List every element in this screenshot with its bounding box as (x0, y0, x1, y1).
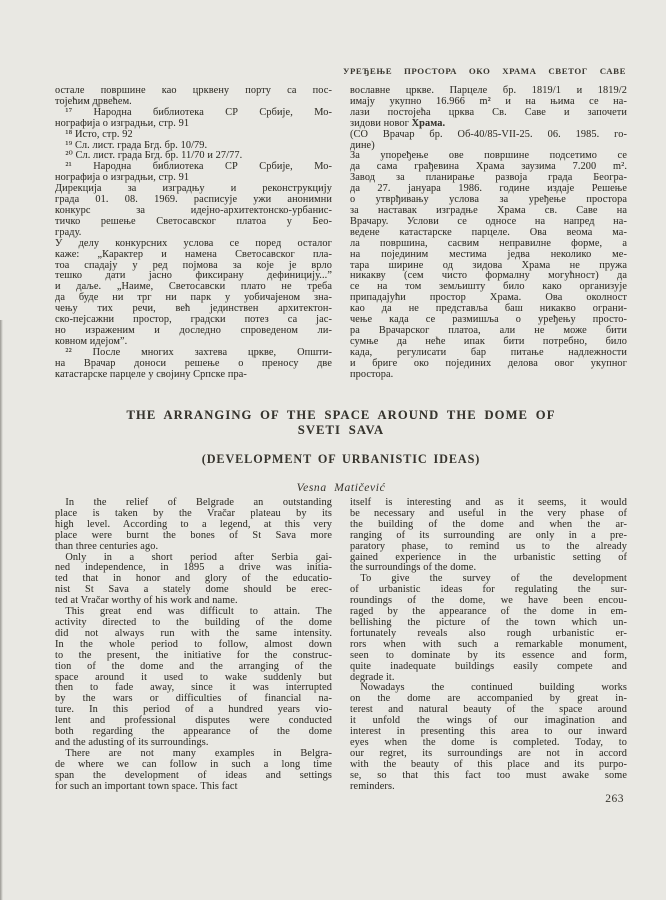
text-line: тичко решење Светосавског платоа у Бео- (55, 217, 332, 228)
text-line: У делу конкурсних услова се поред остало… (55, 239, 332, 250)
english-left-column: In the relief of Belgrade an outstanding… (55, 498, 332, 792)
text-line: paratory phase, to remind us to the alre… (350, 542, 627, 553)
article-author: Vesna Matičević (55, 481, 627, 494)
text-line: зидови новог Храма. (350, 119, 627, 130)
article-header: THE ARRANGING OF THE SPACE AROUND THE DO… (55, 408, 627, 494)
text-line: reminders. (350, 782, 627, 793)
text-line: простора. (350, 370, 627, 381)
article-title: THE ARRANGING OF THE SPACE AROUND THE DO… (55, 408, 627, 438)
text-line: place were burnt the bones of St Sava mo… (55, 531, 332, 542)
text-line: на Врачар доноси решење о преносу две (55, 359, 332, 370)
text-line: катастарске парцеле у својину Српске пра… (55, 370, 332, 381)
text-line: нографија о изградњи, стр. 91 (55, 119, 332, 130)
text-line: и бриге око појединих делова овог укупно… (350, 359, 627, 370)
text-line: seen to dominate by its essence and form… (350, 651, 627, 662)
cyrillic-right-column: вославне цркве. Парцеле бр. 1819/1 и 181… (350, 86, 627, 380)
scan-edge-shadow (0, 320, 3, 900)
text-line: se, so that this fact too must awake som… (350, 771, 627, 782)
text-line: to the present, the initiative for the c… (55, 651, 332, 662)
text-line: на појединим местима једва неколико ме- (350, 250, 627, 261)
cyrillic-left-column: остале површине као црквену порту са пос… (55, 86, 332, 380)
journal-page: УРЕЂЕЊЕ ПРОСТОРА ОКО ХРАМА СВЕТОГ САВЕ о… (0, 0, 666, 900)
english-text-section: In the relief of Belgrade an outstanding… (55, 498, 627, 792)
text-line: span the development of ideas and settin… (55, 771, 332, 782)
text-line: SVETI SAVA (55, 423, 627, 438)
english-right-column: itself is interesting and as it seems, i… (350, 498, 627, 792)
text-line: THE ARRANGING OF THE SPACE AROUND THE DO… (55, 408, 627, 423)
text-line: ¹⁸ Исто, стр. 92 (55, 130, 332, 141)
page-number: 263 (605, 793, 624, 805)
text-line: (СО Врачар бр. Об-40/85-VII-25. 06. 1985… (350, 130, 627, 141)
text-line: ranging of its surrounding are only in a… (350, 531, 627, 542)
text-line: quite inadequate buildings easily compet… (350, 662, 627, 673)
text-line: tion of the dome and the arranging of th… (55, 662, 332, 673)
text-line: than three centuries ago. (55, 542, 332, 553)
running-header: УРЕЂЕЊЕ ПРОСТОРА ОКО ХРАМА СВЕТОГ САВЕ (343, 66, 626, 77)
text-line: ла површина, сасвим неправилне форме, а (350, 239, 627, 250)
text-line: for such an important town space. This f… (55, 782, 332, 793)
text-line: каже: „Карактер и намена Светосавског пл… (55, 250, 332, 261)
article-subtitle: (DEVELOPMENT OF URBANISTIC IDEAS) (55, 452, 627, 467)
cyrillic-text-section: остале површине као црквену порту са пос… (55, 86, 627, 380)
